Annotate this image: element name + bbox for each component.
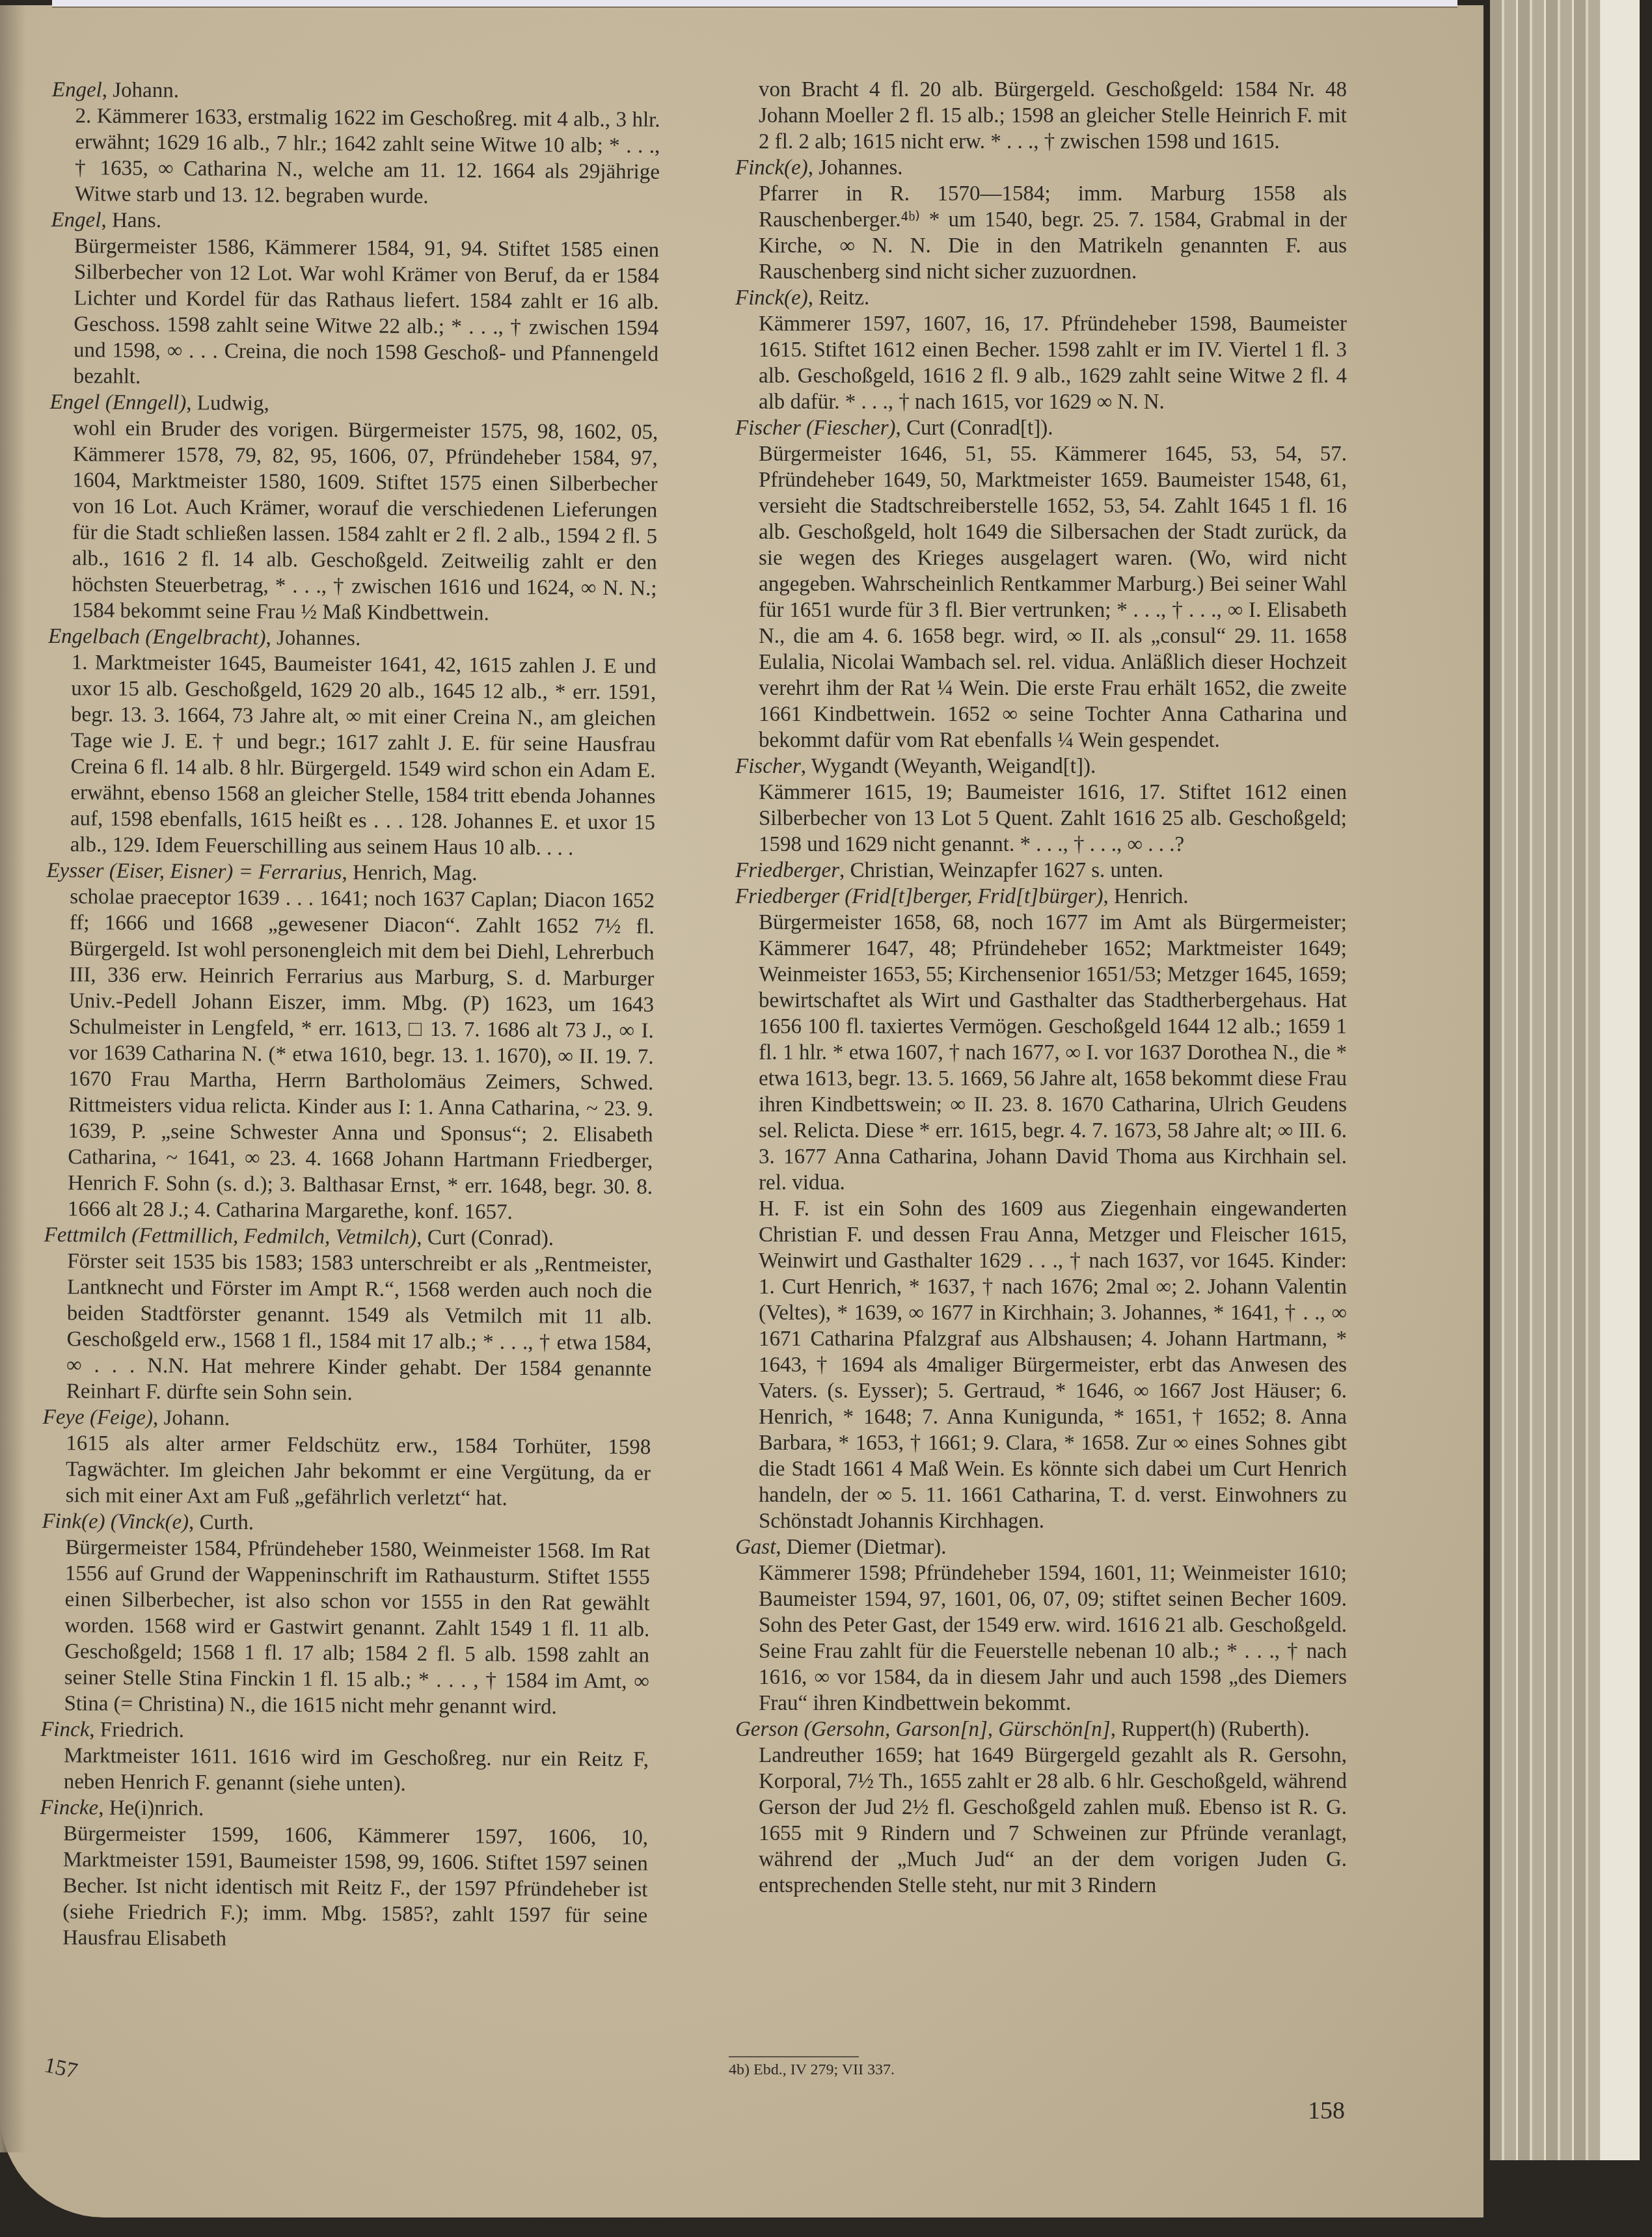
- entry-surname: Finck(e): [735, 286, 808, 310]
- entry-text: 1615 als alter armer Feldschütz erw., 15…: [66, 1430, 651, 1512]
- entry-feye-johann: Feye (Feige), Johann. 1615 als alter arm…: [42, 1404, 651, 1513]
- entry-text: Bürgermeister 1584, Pfründeheber 1580, W…: [64, 1534, 650, 1720]
- page-number-right: 158: [1308, 2096, 1345, 2125]
- entry-given-name: , Henrich.: [1104, 885, 1189, 908]
- entry-finck-friedrich: Finck, Friedrich. Marktmeister 1611. 161…: [40, 1716, 649, 1799]
- entry-given-name: , Friedrich.: [89, 1718, 184, 1742]
- scan-top-strip: [52, 0, 1457, 8]
- entry-surname: Eysser (Eiser, Eisner) = Ferrarius: [46, 859, 342, 884]
- entry-given-name: , Curt (Conrad).: [416, 1226, 554, 1250]
- entry-surname: Gast: [735, 1536, 776, 1559]
- entry-engel-hans: Engel, Hans. Bürgermeister 1586, Kämmere…: [50, 207, 660, 394]
- entry-given-name: , Reitz.: [808, 286, 869, 310]
- entry-given-name: , Curth.: [189, 1511, 254, 1535]
- entry-text: Kämmerer 1615, 19; Baumeister 1616, 17. …: [759, 780, 1347, 858]
- entry-fettmilch-curt: Fettmilch (Fettmillich, Fedmilch, Vetmil…: [43, 1222, 653, 1409]
- entry-text: Förster seit 1535 bis 1583; 1583 untersc…: [66, 1248, 653, 1408]
- entry-engelbach-johannes: Engelbach (Engelbracht), Johannes. 1. Ma…: [47, 623, 657, 862]
- entry-surname: Finck: [40, 1718, 89, 1742]
- entry-given-name: , Henrich, Mag.: [342, 861, 477, 885]
- entry-fink-curth: Fink(e) (Vinck(e), Curth. Bürgermeister …: [40, 1508, 650, 1721]
- entry-text: Bürgermeister 1586, Kämmerer 1584, 91, 9…: [74, 233, 660, 393]
- entry-surname: Engel: [52, 78, 102, 102]
- footnote: 4b) Ebd., IV 279; VII 337.: [729, 2061, 895, 2079]
- entry-text: Bürgermeister 1646, 51, 55. Kämmerer 164…: [759, 441, 1347, 753]
- entry-surname: Fincke: [40, 1796, 98, 1820]
- entry-gerson-ruppert: Gerson (Gersohn, Garson[n], Gürschön[n],…: [735, 1716, 1347, 1899]
- entry-fincke-heinrich: Fincke, He(i)nrich. Bürgermeister 1599, …: [39, 1795, 649, 1955]
- left-page-column: Engel, Johann. 2. Kämmerer 1633, erstmal…: [39, 77, 660, 1955]
- entry-surname: Fettmilch (Fettmillich, Fedmilch, Vetmil…: [44, 1223, 416, 1249]
- entry-given-name: , Johannes.: [265, 626, 360, 650]
- entry-given-name: , Christian, Weinzapfer 1627 s. unten.: [839, 859, 1163, 882]
- entry-text: Marktmeister 1611. 1616 wird im Geschoßr…: [64, 1742, 649, 1798]
- entry-text: Landreuther 1659; hat 1649 Bürgergeld ge…: [759, 1742, 1347, 1899]
- entry-given-name: , Ruppert(h) (Ruberth).: [1111, 1718, 1310, 1741]
- entry-text: Bürgermeister 1658, 68, noch 1677 im Amt…: [759, 910, 1347, 1196]
- continuation-text: von Bracht 4 fl. 20 alb. Bürgergeld. Ges…: [759, 77, 1347, 155]
- entry-eysser-henrich: Eysser (Eiser, Eisner) = Ferrarius, Henr…: [44, 858, 655, 1227]
- entry-surname: Fink(e) (Vinck(e): [42, 1510, 189, 1534]
- entry-text: Pfarrer in R. 1570—1584; imm. Marburg 15…: [759, 181, 1347, 285]
- entry-given-name: , Johann.: [153, 1406, 230, 1430]
- entry-fischer-wygandt: Fischer, Wygandt (Weyanth, Weigand[t]). …: [735, 753, 1347, 858]
- entry-surname: Friedberger (Frid[t]berger, Frid[t]bürge…: [735, 885, 1104, 908]
- entry-friedberger-christian: Friedberger, Christian, Weinzapfer 1627 …: [735, 858, 1347, 884]
- entry-engel-ludwig: Engel (Enngell), Ludwig, wohl ein Bruder…: [48, 389, 658, 628]
- entry-surname: Friedberger: [735, 859, 839, 882]
- entry-text: 1. Marktmeister 1645, Baumeister 1641, 4…: [70, 649, 657, 861]
- entry-given-name: , Wygandt (Weyanth, Weigand[t]).: [801, 755, 1096, 778]
- entry-surname: Engelbach (Engelbracht): [48, 625, 266, 649]
- entry-surname: Gerson (Gersohn, Garson[n], Gürschön[n]: [735, 1718, 1111, 1741]
- entry-given-name: , He(i)nrich.: [98, 1796, 204, 1821]
- entry-given-name: , Johann.: [102, 79, 179, 103]
- entry-surname: Feye (Feige): [42, 1405, 153, 1430]
- entry-text: wohl ein Bruder des vorigen. Bürgermeist…: [72, 415, 658, 627]
- entry-given-name: , Curt (Conrad[t]).: [896, 416, 1053, 440]
- page-edges-highlight: [1601, 0, 1640, 2160]
- entry-given-name: , Diemer (Dietmar).: [776, 1536, 946, 1559]
- entry-surname: Engel: [51, 208, 101, 232]
- entry-given-name: , Ludwig,: [186, 391, 269, 415]
- entry-text: Bürgermeister 1599, 1606, Kämmerer 1597,…: [62, 1821, 648, 1955]
- entry-surname: Finck(e): [735, 156, 808, 180]
- entry-friedberger-henrich: Friedberger (Frid[t]berger, Frid[t]bürge…: [735, 884, 1347, 1534]
- entry-gast-diemer: Gast, Diemer (Dietmar). Kämmerer 1598; P…: [735, 1534, 1347, 1716]
- right-page-column: von Bracht 4 fl. 20 alb. Bürgergeld. Ges…: [735, 77, 1347, 1899]
- entry-finck-reitz: Finck(e), Reitz. Kämmerer 1597, 1607, 16…: [735, 285, 1347, 415]
- entry-finck-johannes: Finck(e), Johannes. Pfarrer in R. 1570—1…: [735, 155, 1347, 285]
- entry-surname: Fischer: [735, 755, 801, 778]
- entry-text: 2. Kämmerer 1633, erstmalig 1622 im Gesc…: [75, 103, 660, 211]
- entry-fischer-curt: Fischer (Fiescher), Curt (Conrad[t]). Bü…: [735, 415, 1347, 753]
- entry-text: Kämmerer 1597, 1607, 16, 17. Pfründehebe…: [759, 311, 1347, 415]
- gutter-shadow: [0, 5, 26, 2152]
- entry-given-name: , Hans.: [101, 209, 161, 233]
- entry-surname: Fischer (Fiescher): [735, 416, 896, 440]
- entry-text: scholae praeceptor 1639 . . . 1641; noch…: [68, 884, 655, 1226]
- entry-text: Kämmerer 1598; Pfründeheber 1594, 1601, …: [759, 1560, 1347, 1716]
- entry-surname: Engel (Enngell): [49, 390, 186, 414]
- entry-engel-johann: Engel, Johann. 2. Kämmerer 1633, erstmal…: [51, 77, 660, 211]
- entry-given-name: , Johannes.: [808, 156, 903, 180]
- footnote-divider: [729, 2056, 859, 2057]
- entry-text-continued: H. F. ist ein Sohn des 1609 aus Ziegenha…: [759, 1196, 1347, 1534]
